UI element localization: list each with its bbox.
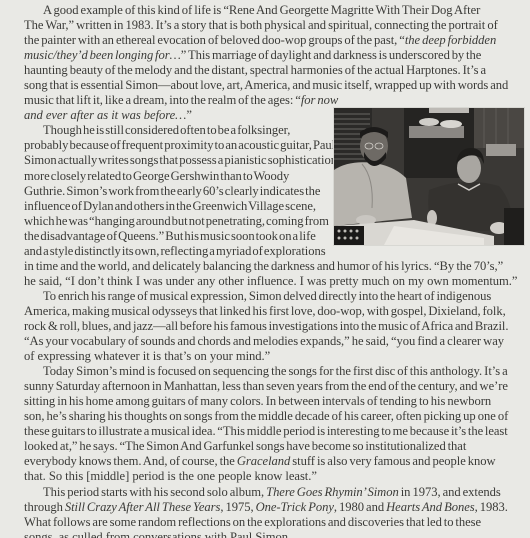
italic-text: music/they’d been longing for… <box>24 48 181 62</box>
text-segment: song that is essential Simon—about love,… <box>24 78 508 92</box>
text-segment: stuff is also very famous and people kno… <box>290 454 495 468</box>
text-segment: everybody knows them. And, of course, th… <box>24 454 237 468</box>
text-segment: Simon actually writes songs that possess… <box>24 153 337 167</box>
document-page: A good example of this kind of life is “… <box>0 0 530 538</box>
italic-text: One-Trick Pony <box>256 500 334 514</box>
text-segment: sunny Saturday afternoon in Manhattan, l… <box>24 379 508 393</box>
text-segment: America, making musical odysseys that li… <box>24 304 506 318</box>
italic-text: the deep forbidden <box>405 33 496 47</box>
text-segment: A good example of this kind of life is “… <box>43 3 480 17</box>
text-line: America, making musical odysseys that li… <box>24 304 524 319</box>
paragraph-first-line: A good example of this kind of life is “… <box>24 3 524 18</box>
text-line: The War,” written in 1983. It’s a story … <box>24 18 524 33</box>
text-segment: looked at,” he says. “The Simon And Garf… <box>24 439 466 453</box>
text-segment: Though he is still considered often to b… <box>43 123 290 137</box>
paragraph-first-line: To enrich his range of musical expressio… <box>24 289 524 304</box>
text-segment: probably because of frequent proximity t… <box>24 138 335 152</box>
text-segment: of expressing whatever it is that’s on y… <box>24 349 270 363</box>
text-segment: that. So this [middle] period is the one… <box>24 469 317 483</box>
text-segment: ” This marriage of daylight and darkness… <box>181 48 482 62</box>
text-line: that. So this [middle] period is the one… <box>24 469 524 484</box>
text-segment: sitting in his home among guitars of man… <box>24 394 491 408</box>
text-segment: songs, as culled from conversations with… <box>24 530 291 538</box>
text-segment: Today Simon’s mind is focused on sequenc… <box>43 364 508 378</box>
text-segment: The War,” written in 1983. It’s a story … <box>24 18 498 32</box>
text-line: music/they’d been longing for…” This mar… <box>24 48 524 63</box>
text-segment: ” <box>186 108 192 122</box>
text-line: looked at,” he says. “The Simon And Garf… <box>24 439 524 454</box>
text-segment: , 1983. <box>475 500 508 514</box>
text-line: everybody knows them. And, of course, th… <box>24 454 524 469</box>
text-segment: son, he’s sharing his thoughts on songs … <box>24 409 508 423</box>
italic-text: Hearts And Bones <box>386 500 474 514</box>
text-segment: in time and the world, and delicately ba… <box>24 259 503 273</box>
text-line: son, he’s sharing his thoughts on songs … <box>24 409 524 424</box>
text-segment: the painter with an ethereal evocation o… <box>24 33 405 47</box>
paragraph-first-line: This period starts with his second solo … <box>24 485 524 500</box>
text-segment: the disadvantage of Queens.” But his mus… <box>24 229 316 243</box>
text-segment: Guthrie. Simon’s work from the early 60’… <box>24 184 320 198</box>
text-segment: , 1980 and <box>334 500 386 514</box>
text-line: “As your vocabulary of sounds and chords… <box>24 334 524 349</box>
italic-text: Still Crazy After All These Years <box>65 500 220 514</box>
text-line: haunting beauty of the melody and the di… <box>24 63 524 78</box>
text-line: sunny Saturday afternoon in Manhattan, l… <box>24 379 524 394</box>
text-segment: This period starts with his second solo … <box>43 485 266 499</box>
text-segment: he said, “I don’t think I was under any … <box>24 274 517 288</box>
text-line: sitting in his home among guitars of man… <box>24 394 524 409</box>
italic-text: for now <box>301 93 338 107</box>
text-segment: these guitars to illustrate a musical id… <box>24 424 508 438</box>
text-segment: influence of Dylan and others in the Gre… <box>24 199 316 213</box>
photo-icon <box>334 108 524 245</box>
text-line: song that is essential Simon—about love,… <box>24 78 524 93</box>
text-segment: through <box>24 500 65 514</box>
text-line: these guitars to illustrate a musical id… <box>24 424 524 439</box>
text-segment: more closely related to George Gershwin … <box>24 169 289 183</box>
text-segment: What follows are some random reflections… <box>24 515 481 529</box>
italic-text: and ever after as it was before… <box>24 108 186 122</box>
text-segment: rock & roll, blues, and jazz—all before … <box>24 319 508 333</box>
text-line: the painter with an ethereal evocation o… <box>24 33 524 48</box>
text-segment: music that lift it, like a dream, into t… <box>24 93 301 107</box>
italic-text: Graceland <box>237 454 290 468</box>
text-line: through Still Crazy After All These Year… <box>24 500 524 515</box>
text-line: What follows are some random reflections… <box>24 515 524 530</box>
italic-text: There Goes Rhymin’ Simon <box>266 485 399 499</box>
text-line: songs, as culled from conversations with… <box>24 530 524 538</box>
text-segment: , 1975, <box>220 500 255 514</box>
text-segment: in 1973, and extends <box>399 485 501 499</box>
text-line: in time and the world, and delicately ba… <box>24 259 524 274</box>
text-line: he said, “I don’t think I was under any … <box>24 274 524 289</box>
text-line: of expressing whatever it is that’s on y… <box>24 349 524 364</box>
text-segment: and a style distinctly its own, reflecti… <box>24 244 326 258</box>
paragraph-first-line: Today Simon’s mind is focused on sequenc… <box>24 364 524 379</box>
text-segment: which he was “hanging around but not pen… <box>24 214 329 228</box>
text-segment: To enrich his range of musical expressio… <box>43 289 491 303</box>
text-segment: “As your vocabulary of sounds and chords… <box>24 334 504 348</box>
text-line: rock & roll, blues, and jazz—all before … <box>24 319 524 334</box>
text-line: and a style distinctly its own, reflecti… <box>24 244 524 259</box>
article-body: A good example of this kind of life is “… <box>24 3 524 538</box>
studio-photo <box>333 107 525 246</box>
text-segment: haunting beauty of the melody and the di… <box>24 63 486 77</box>
